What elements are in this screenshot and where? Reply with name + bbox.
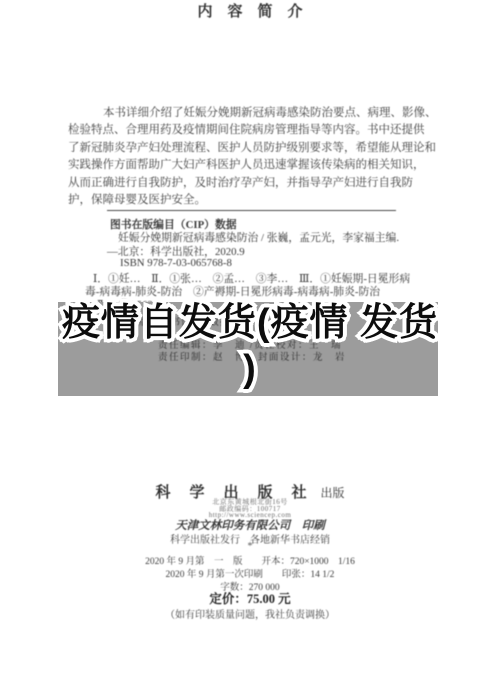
separator-star: * bbox=[0, 541, 500, 552]
watermark-text-line1: 疫情自发货(疫情 发货 疫情自发货(疫情 发货 bbox=[0, 301, 500, 345]
paragraph-line: 护，保障母婴及医护安全。 bbox=[68, 192, 440, 209]
price-line: 定价：75.00 元 bbox=[0, 589, 500, 607]
watermark-text-line2: ) ) bbox=[0, 347, 500, 391]
isbn-line: ISBN 978-7-03-065768-8 bbox=[120, 257, 232, 269]
paragraph-line: 实践操作方面帮助广大妇产科医护人员迅速掌握该传染病的相关知识， bbox=[68, 157, 440, 174]
book-copyright-page: 内 容 简 介 本书详细介绍了妊娠分娩期新冠病毒感染防治要点、病理、影像、 检验… bbox=[0, 0, 500, 694]
paragraph-line: 从而正确进行自我防护，及时治疗孕产妇，并指导孕产妇进行自我防 bbox=[68, 175, 440, 192]
paragraph-line: 本书详细介绍了妊娠分娩期新冠病毒感染防治要点、病理、影像、 bbox=[68, 105, 440, 122]
paragraph-line: 了新冠肺炎孕产妇处理流程、医护人员防护级别要求等，希望能从理论和 bbox=[68, 140, 440, 157]
quality-note: （如有印装质量问题，我社负责调换） bbox=[0, 606, 500, 621]
content-summary-title: 内 容 简 介 bbox=[0, 0, 500, 21]
watermark-fill: 疫情自发货(疫情 发货 bbox=[62, 302, 438, 344]
edition-line: 2020 年 9 月第 一 版 开本：720×1000 1/16 bbox=[0, 553, 500, 567]
watermark-fill: ) bbox=[243, 348, 257, 390]
paragraph-line: 检验特点、合理用药及疫情期间住院病房管理指导等内容。书中还提供 bbox=[68, 122, 440, 139]
printing-line: 2020 年 9 月第一次印刷 印张：14 1/2 bbox=[0, 566, 500, 580]
content-summary-paragraph: 本书详细介绍了妊娠分娩期新冠病毒感染防治要点、病理、影像、 检验特点、合理用药及… bbox=[68, 105, 440, 209]
cip-divider-rule bbox=[107, 210, 396, 211]
